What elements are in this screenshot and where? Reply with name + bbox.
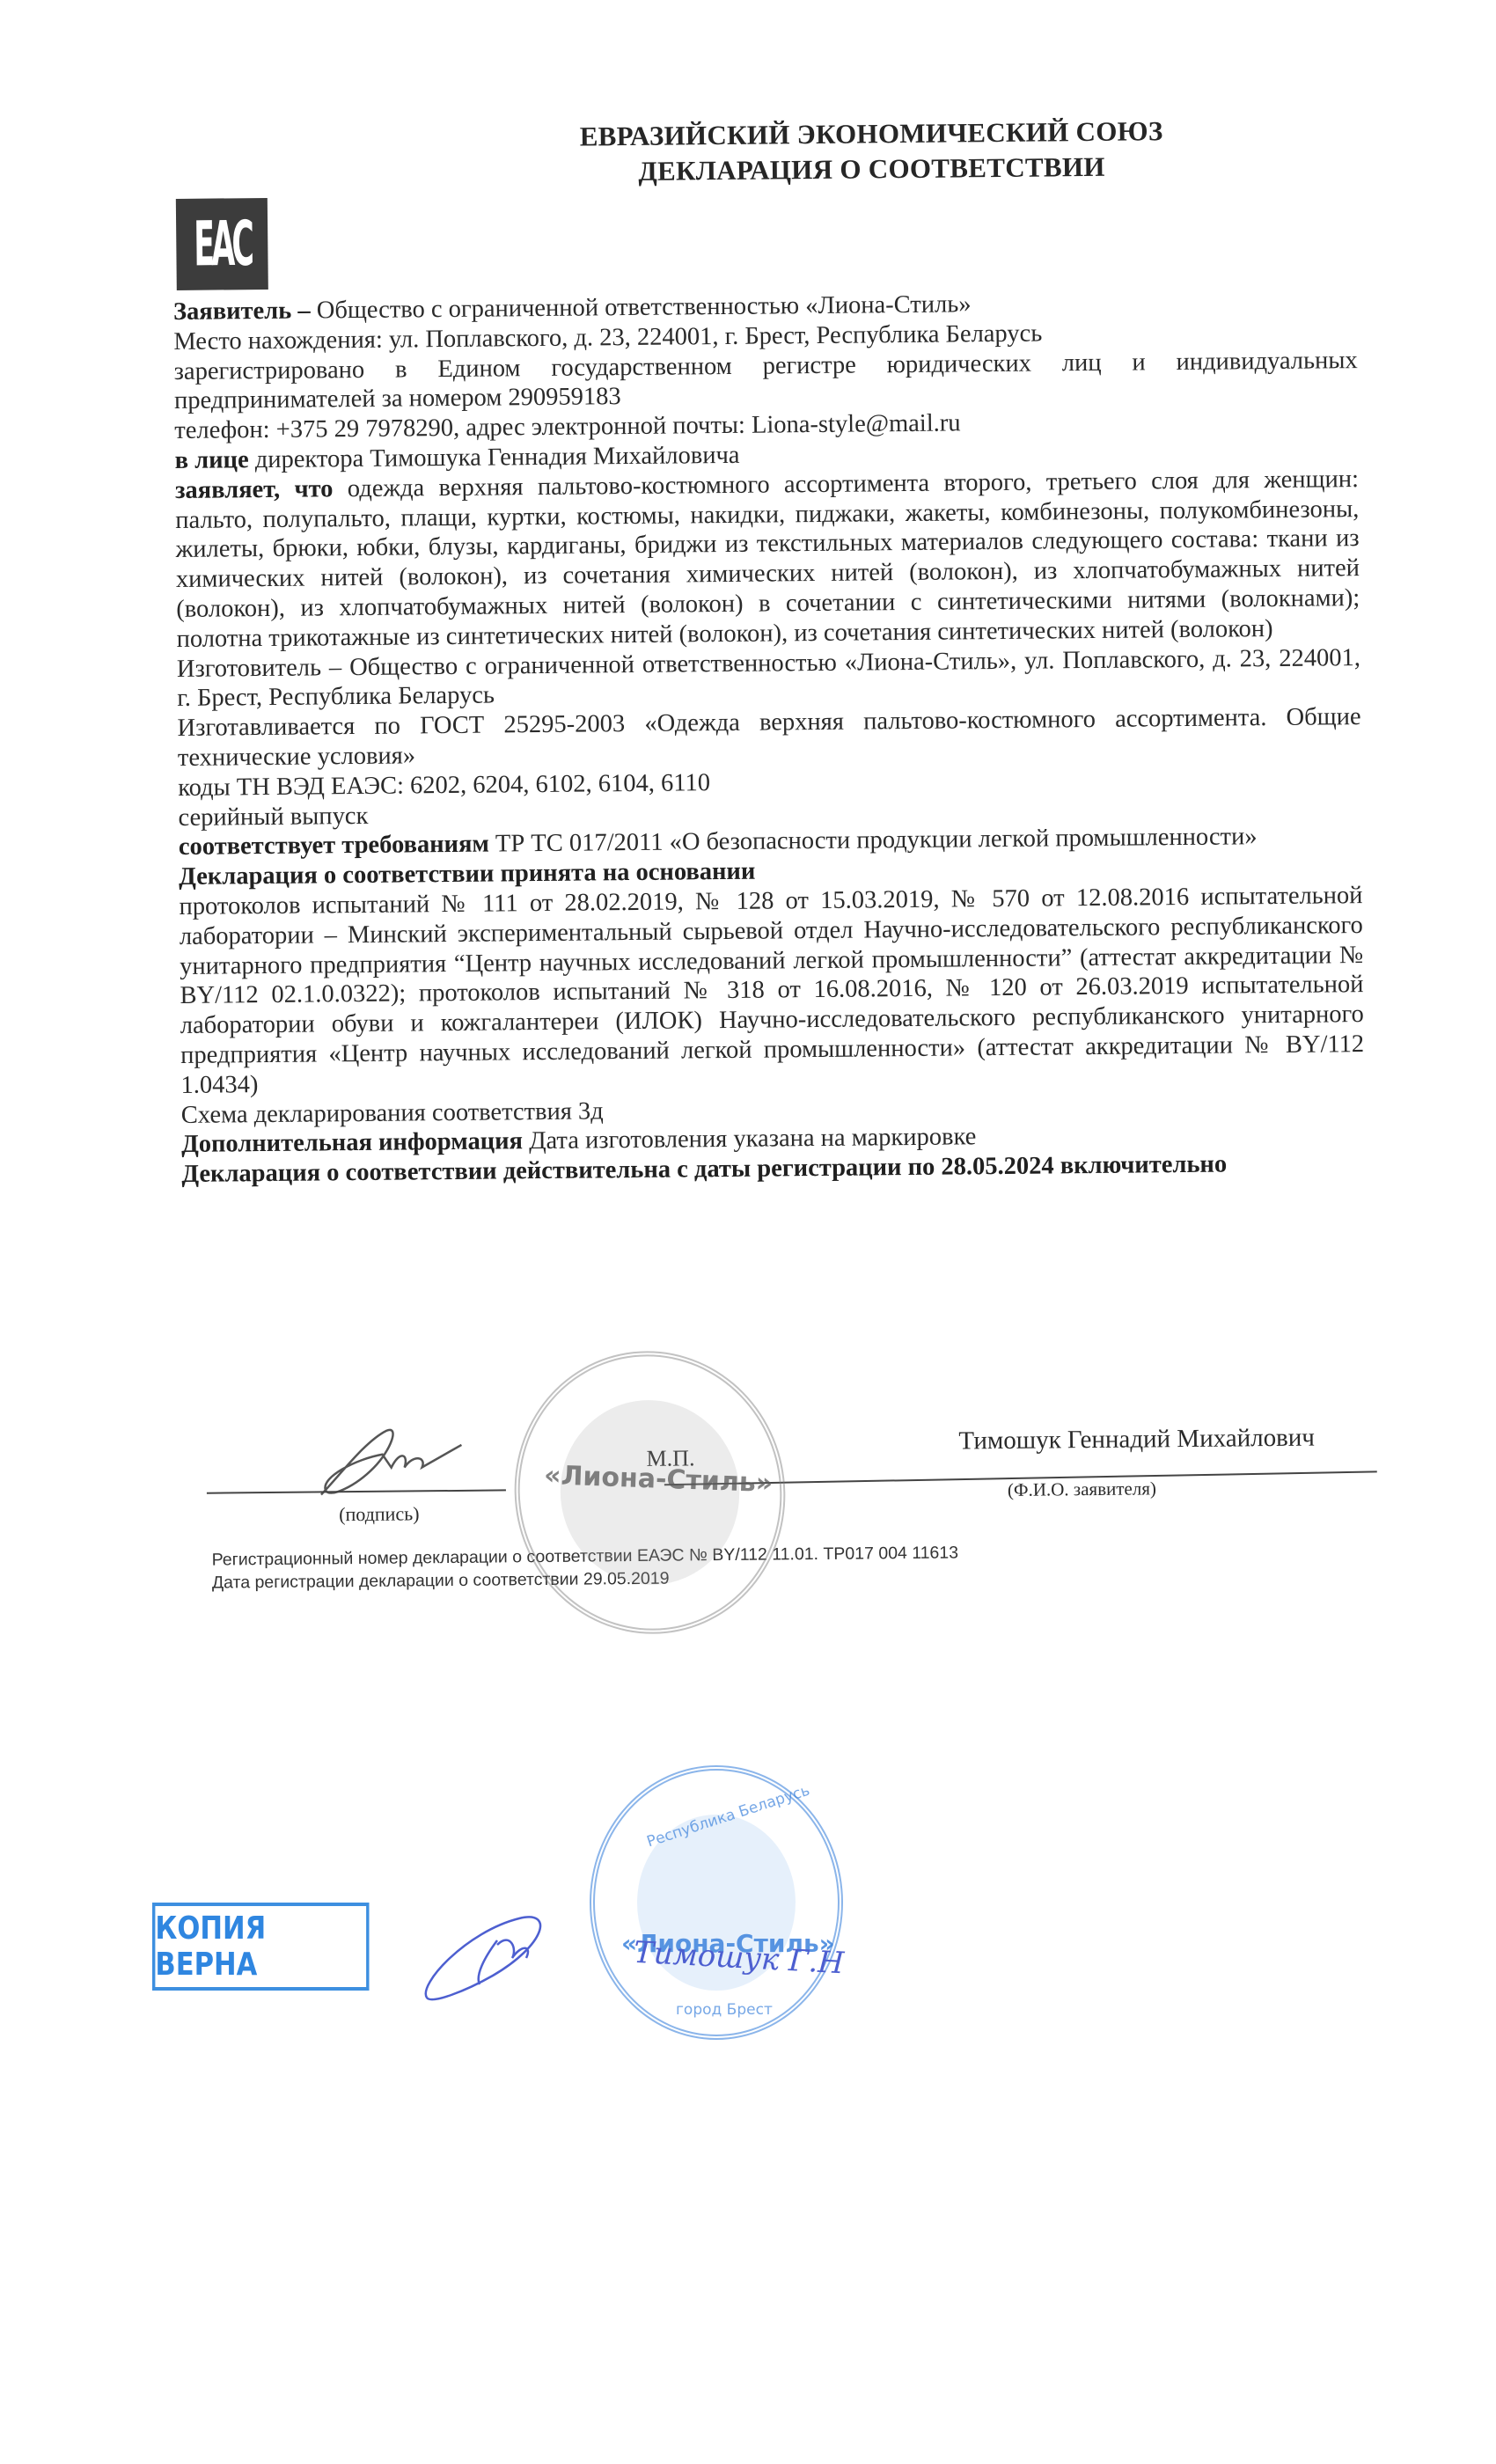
document-title: ЕВРАЗИЙСКИЙ ЭКОНОМИЧЕСКИЙ СОЮЗ ДЕКЛАРАЦИ… [519,114,1224,191]
declaration-body: Заявитель – Общество с ограниченной отве… [173,286,1366,1190]
basis-text: протоколов испытаний № 111 от 28.02.2019… [179,881,1364,1100]
declares-label: заявляет, что [175,475,334,504]
additional-text: Дата изготовления указана на маркировке [523,1124,977,1155]
represented-by: директора Тимошука Геннадия Михайловича [249,442,740,473]
signature-label: (подпись) [339,1502,420,1526]
title-union: ЕВРАЗИЙСКИЙ ЭКОНОМИЧЕСКИЙ СОЮЗ [519,114,1223,156]
company-seal-gray: «Лиона-Стиль» [488,1326,811,1660]
eac-logo: ЕАС [176,198,268,290]
full-name-label: (Ф.И.О. заявителя) [1008,1478,1156,1501]
applicant-label: Заявитель – [173,297,311,325]
represented-label: в лице [175,446,249,474]
company-seal-blue: «Лиона-Стиль» Республика Беларусь город … [590,1765,843,2040]
applicant-registration: зарегистрировано в Едином государственно… [174,346,1359,417]
eac-logo-text: ЕАС [193,209,251,281]
manufacturer: Изготовитель – Общество с ограниченной о… [177,643,1361,715]
product-text: одежда верхняя пальтово-костюмного ассор… [175,466,1360,653]
applicant-name: Общество с ограниченной ответственностью… [311,290,972,324]
complies-label: соответствует требованиям [179,831,489,861]
basis-label: Декларация о соответствии принята на осн… [179,858,755,891]
certifier-signature-icon [414,1910,590,2006]
declaration-document: ЕАС ЕВРАЗИЙСКИЙ ЭКОНОМИЧЕСКИЙ СОЮЗ ДЕКЛА… [172,112,1355,123]
document-page: ЕАС ЕВРАЗИЙСКИЙ ЭКОНОМИЧЕСКИЙ СОЮЗ ДЕКЛА… [0,0,1496,2464]
standard: Изготавливается по ГОСТ 25295-2003 «Одеж… [177,702,1361,774]
applicant-full-name: Тимошук Геннадий Михайлович [958,1424,1315,1456]
signature-block: (подпись) М.П. Тимошук Геннадий Михайлов… [206,1423,1377,1549]
certified-copy-stamp: КОПИЯ ВЕРНА [152,1903,370,1991]
seal-ring-city: город Брест [676,2001,773,2019]
certified-copy-text: КОПИЯ ВЕРНА [155,1910,366,1983]
complies-text: ТР ТС 017/2011 «О безопасности продукции… [489,824,1258,858]
title-declaration: ДЕКЛАРАЦИЯ О СООТВЕТСТВИИ [519,149,1223,191]
additional-label: Дополнительная информация [181,1128,523,1159]
product-description: заявляет, что одежда верхняя пальтово-ко… [175,465,1360,655]
